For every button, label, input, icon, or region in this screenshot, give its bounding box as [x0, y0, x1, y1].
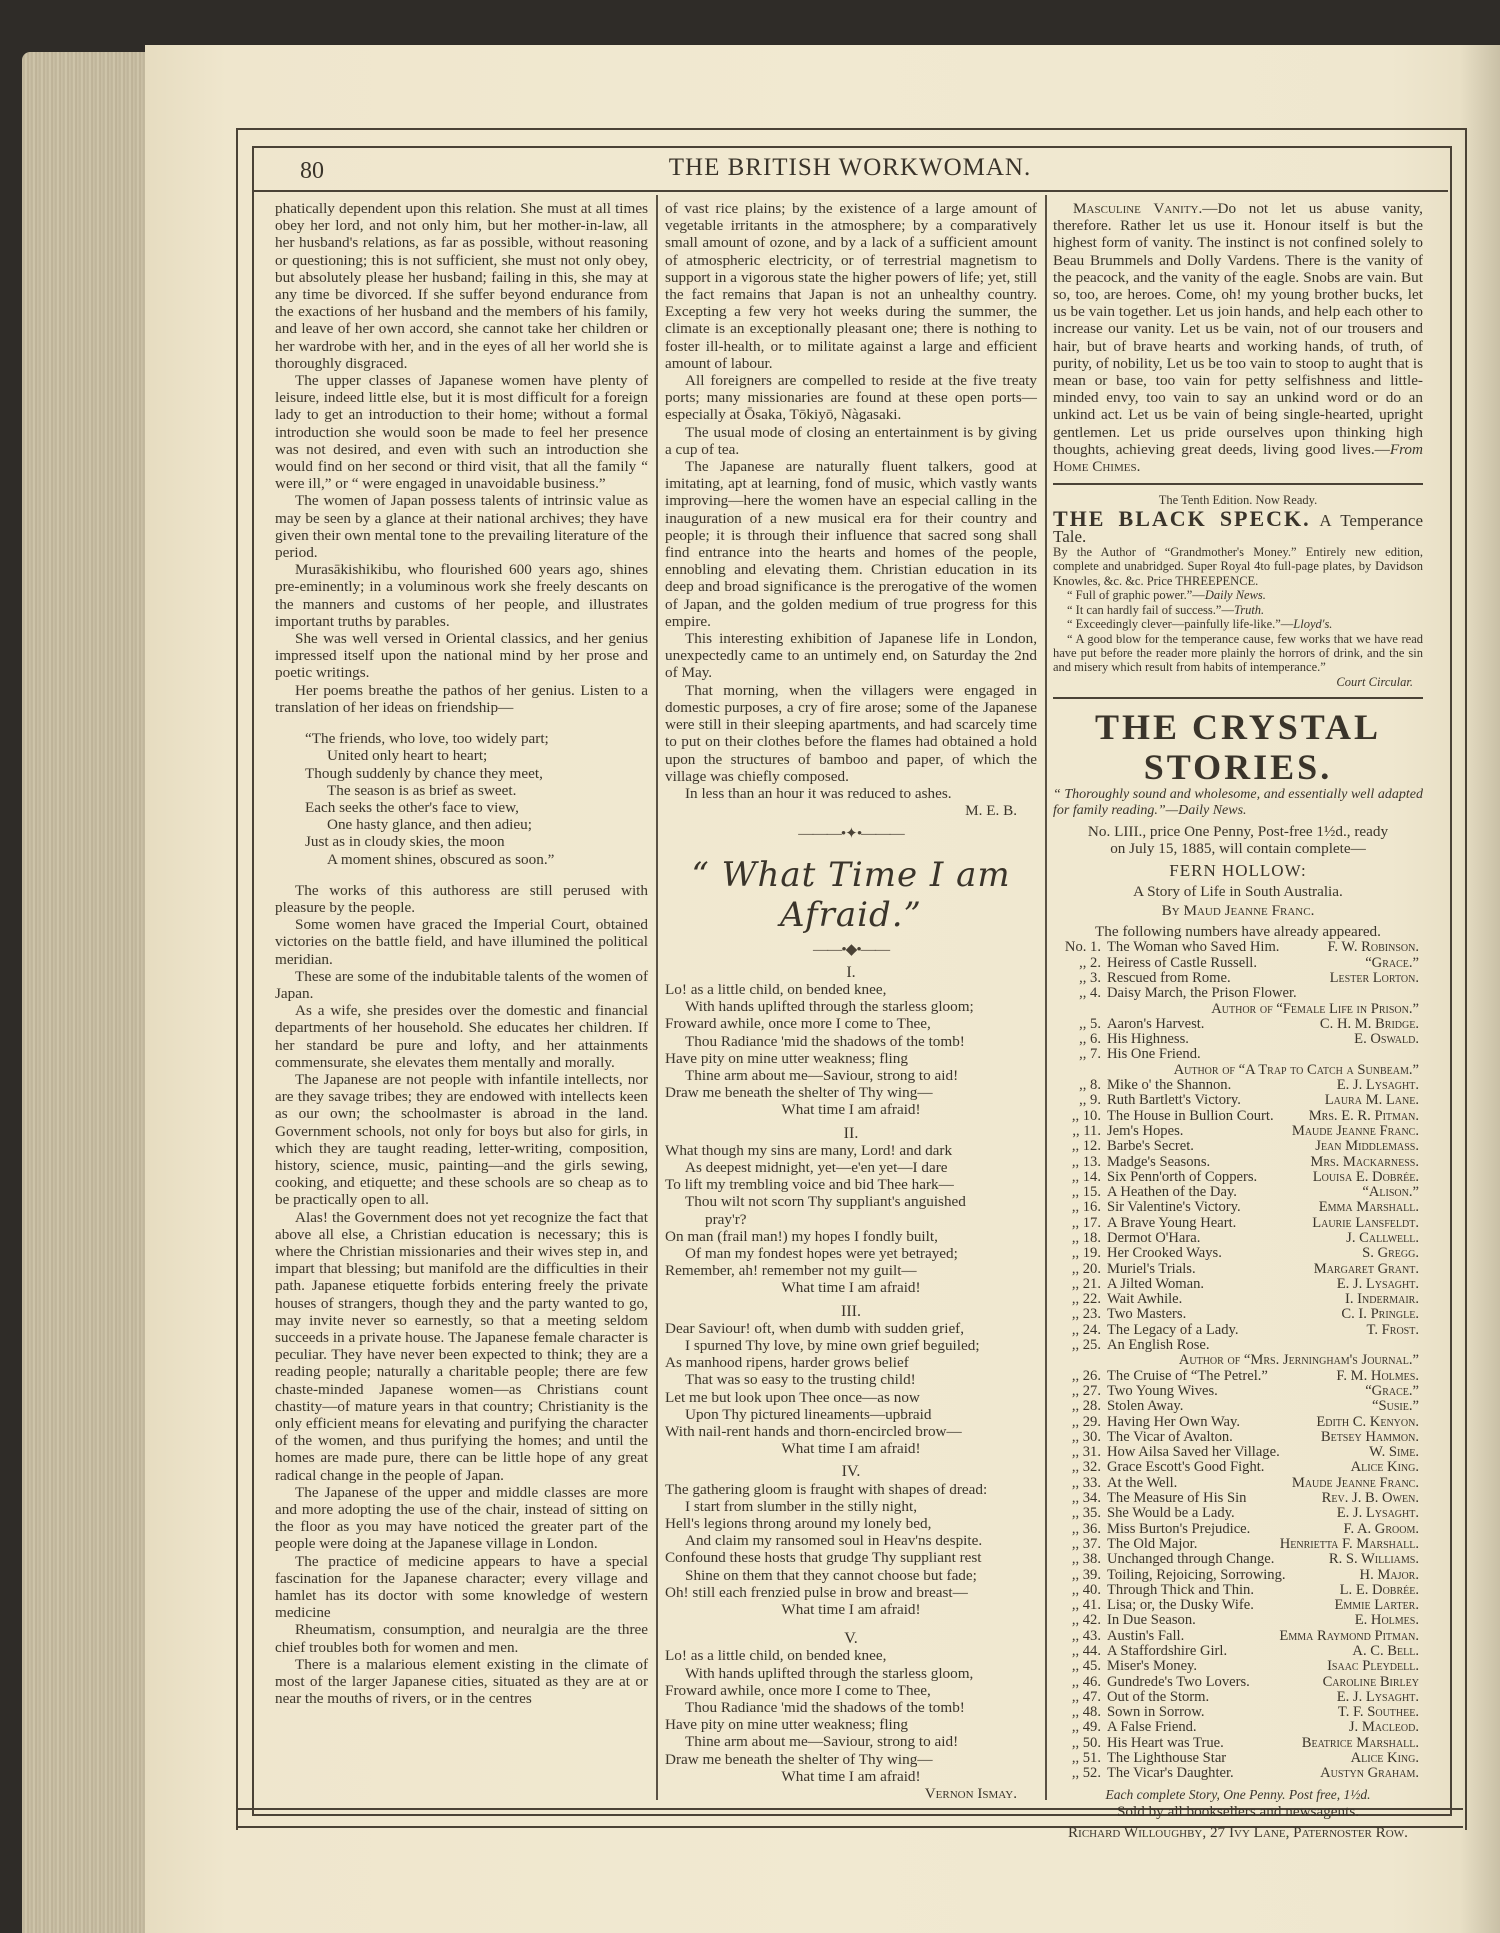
story-number: ,, 52.: [1053, 1766, 1107, 1781]
column-2: of vast rice plains; by the existence of…: [665, 200, 1037, 1802]
poem-line: Each seeks the other's face to view,: [305, 799, 648, 816]
article-heading: Masculine Vanity.: [1073, 200, 1202, 217]
poem-line: Thou Radiance 'mid the shadows of the to…: [665, 1699, 1037, 1716]
paragraph: In less than an hour it was reduced to a…: [665, 785, 1037, 802]
story-author: C. H. M. Bridge.: [1320, 1017, 1423, 1032]
story-list-item: ,, 23.Two Masters.C. I. Pringle.: [1053, 1307, 1423, 1322]
poem-line: As manhood ripens, harder grows belief: [665, 1354, 1037, 1371]
story-list-item: ,, 39.Toiling, Rejoicing, Sorrowing.H. M…: [1053, 1568, 1423, 1583]
story-title: Stolen Away.: [1107, 1399, 1372, 1414]
story-title: Sir Valentine's Victory.: [1107, 1200, 1319, 1215]
feature-subtitle: A Story of Life in South Australia.: [1053, 883, 1423, 900]
story-author: Beatrice Marshall.: [1302, 1736, 1423, 1751]
story-number: ,, 22.: [1053, 1292, 1107, 1307]
paragraph: phatically dependent upon this relation.…: [275, 200, 648, 372]
story-author: “Alison.”: [1362, 1185, 1423, 1200]
story-number: ,, 11.: [1053, 1124, 1107, 1139]
story-author: Mrs. Mackarness.: [1310, 1155, 1423, 1170]
ad-title: THE BLACK SPECK.: [1053, 506, 1311, 531]
story-number: ,, 7.: [1053, 1047, 1107, 1062]
story-number: ,, 2.: [1053, 956, 1107, 971]
story-title: Barbe's Secret.: [1107, 1139, 1315, 1154]
story-list-item: ,, 8.Mike o' the Shannon.E. J. Lysaght.: [1053, 1078, 1423, 1093]
story-list-item: ,, 28.Stolen Away.“Susie.”: [1053, 1399, 1423, 1414]
section-rule: [1053, 483, 1423, 485]
paragraph: All foreigners are compelled to reside a…: [665, 372, 1037, 424]
story-number: ,, 41.: [1053, 1598, 1107, 1613]
story-list-item: ,, 26.The Cruise of “The Petrel.”F. M. H…: [1053, 1369, 1423, 1384]
masculine-vanity-article: Masculine Vanity.—Do not let us abuse va…: [1053, 200, 1423, 475]
list-intro: The following numbers have already appea…: [1053, 923, 1423, 940]
story-title: Gundrede's Two Lovers.: [1107, 1675, 1323, 1690]
stanza-number: V.: [665, 1630, 1037, 1647]
story-list-item: ,, 37.The Old Major.Henrietta F. Marshal…: [1053, 1537, 1423, 1552]
story-title: Lisa; or, the Dusky Wife.: [1107, 1598, 1334, 1613]
story-title: A Heathen of the Day.: [1107, 1185, 1362, 1200]
story-number: ,, 40.: [1053, 1583, 1107, 1598]
story-number: ,, 8.: [1053, 1078, 1107, 1093]
poem-title-line: “ What Time I am: [665, 855, 1037, 895]
story-list-item: ,, 20.Muriel's Trials.Margaret Grant.: [1053, 1262, 1423, 1277]
poem-line: Shine on them that they cannot choose bu…: [665, 1567, 1037, 1584]
story-number: ,, 47.: [1053, 1690, 1107, 1705]
paragraph: As a wife, she presides over the domesti…: [275, 1002, 648, 1071]
story-number: ,, 39.: [1053, 1568, 1107, 1583]
feature-author: By Maud Jeanne Franc.: [1053, 902, 1423, 919]
story-number: ,, 26.: [1053, 1369, 1107, 1384]
ad-review-source: Court Circular.: [1053, 675, 1423, 689]
story-list-item: No. 1.The Woman who Saved Him.F. W. Robi…: [1053, 940, 1423, 955]
publisher-address: Richard Willoughby, 27 Ivy Lane, Paterno…: [1053, 1824, 1423, 1841]
story-title: Jem's Hopes.: [1107, 1124, 1292, 1139]
story-list-item: ,, 15.A Heathen of the Day.“Alison.”: [1053, 1185, 1423, 1200]
story-number: ,, 15.: [1053, 1185, 1107, 1200]
story-title: Through Thick and Thin.: [1107, 1583, 1340, 1598]
story-list-item: ,, 16.Sir Valentine's Victory.Emma Marsh…: [1053, 1200, 1423, 1215]
column-divider: [656, 195, 658, 1800]
story-list-item: ,, 51.The Lighthouse StarAlice King.: [1053, 1751, 1423, 1766]
story-number: No. 1.: [1053, 940, 1107, 955]
story-author: T. Frost.: [1367, 1323, 1423, 1338]
poem-line: Confound these hosts that grudge Thy sup…: [665, 1549, 1037, 1566]
ad-title: THE CRYSTAL STORIES.: [1053, 707, 1423, 787]
poem-line: Upon Thy pictured lineaments—upbraid: [665, 1406, 1037, 1423]
story-list-item: ,, 4.Daisy March, the Prison Flower.: [1053, 986, 1423, 1001]
story-number: ,, 35.: [1053, 1506, 1107, 1521]
story-title: A Brave Young Heart.: [1107, 1216, 1312, 1231]
poem-line: Lo! as a little child, on bended knee,: [665, 981, 1037, 998]
story-list-item: ,, 25.An English Rose.: [1053, 1338, 1423, 1353]
story-number: ,, 32.: [1053, 1460, 1107, 1475]
crystal-stories-advertisement: THE CRYSTAL STORIES. “ Thoroughly sound …: [1053, 707, 1423, 1841]
poem-line: A moment shines, obscured as soon.”: [305, 851, 648, 868]
story-title: A Jilted Woman.: [1107, 1277, 1337, 1292]
story-list-item: ,, 47.Out of the Storm.E. J. Lysaght.: [1053, 1690, 1423, 1705]
story-title: A Staffordshire Girl.: [1107, 1644, 1352, 1659]
paragraph: The works of this authoress are still pe…: [275, 882, 648, 916]
story-title: Six Penn'orth of Coppers.: [1107, 1170, 1313, 1185]
story-list-item: ,, 35.She Would be a Lady.E. J. Lysaght.: [1053, 1506, 1423, 1521]
story-author: Alice King.: [1351, 1460, 1423, 1475]
poem-refrain: What time I am afraid!: [665, 1601, 1037, 1618]
story-title: Out of the Storm.: [1107, 1690, 1337, 1705]
story-author: “Grace.”: [1365, 956, 1423, 971]
story-number: ,, 50.: [1053, 1736, 1107, 1751]
story-list-item: ,, 18.Dermot O'Hara.J. Callwell.: [1053, 1231, 1423, 1246]
story-title: The Measure of His Sin: [1107, 1491, 1322, 1506]
story-number: ,, 19.: [1053, 1246, 1107, 1261]
ad-review: “ A good blow for the temperance cause, …: [1053, 632, 1423, 675]
friendship-poem: “The friends, who love, too widely part;…: [305, 730, 648, 868]
story-author: Jean Middlemass.: [1315, 1139, 1423, 1154]
story-title: Her Crooked Ways.: [1107, 1246, 1362, 1261]
poem-line: With nail-rent hands and thorn-encircled…: [665, 1423, 1037, 1440]
column-divider: [1045, 195, 1047, 1800]
story-title: His One Friend.: [1107, 1047, 1419, 1062]
poem-line: That was so easy to the trusting child!: [665, 1371, 1037, 1388]
poem-refrain: What time I am afraid!: [665, 1279, 1037, 1296]
poem-stanza: V. Lo! as a little child, on bended knee…: [665, 1630, 1037, 1785]
story-list-item: ,, 9.Ruth Bartlett's Victory.Laura M. La…: [1053, 1093, 1423, 1108]
story-list-item: ,, 10.The House in Bullion Court.Mrs. E.…: [1053, 1109, 1423, 1124]
article-body: —Do not let us abuse vanity, therefore. …: [1053, 200, 1423, 458]
ad-description: By the Author of “Grandmother's Money.” …: [1053, 545, 1423, 588]
story-list-item: ,, 41.Lisa; or, the Dusky Wife.Emmie Lar…: [1053, 1598, 1423, 1613]
story-number: ,, 16.: [1053, 1200, 1107, 1215]
story-title: Unchanged through Change.: [1107, 1552, 1329, 1567]
story-number: ,, 36.: [1053, 1522, 1107, 1537]
ad-title-line: THE BLACK SPECK. A Temperance Tale.: [1053, 508, 1423, 545]
poem-line: The season is as brief as sweet.: [305, 782, 648, 799]
story-number: ,, 9.: [1053, 1093, 1107, 1108]
story-author: E. J. Lysaght.: [1337, 1078, 1423, 1093]
story-list-item: ,, 11.Jem's Hopes.Maude Jeanne Franc.: [1053, 1124, 1423, 1139]
story-author: Laurie Lansfeldt.: [1312, 1216, 1423, 1231]
story-title: Heiress of Castle Russell.: [1107, 956, 1365, 971]
paragraph: These are some of the indubitable talent…: [275, 968, 648, 1002]
story-author: [1419, 1047, 1423, 1062]
issue-line: No. LIII., price One Penny, Post-free 1½…: [1053, 823, 1423, 840]
story-author: Maude Jeanne Franc.: [1292, 1124, 1423, 1139]
story-title: Daisy March, the Prison Flower.: [1107, 986, 1419, 1001]
story-author: L. E. Dobrée.: [1340, 1583, 1423, 1598]
paragraph: The Japanese of the upper and middle cla…: [275, 1484, 648, 1553]
story-number: ,, 6.: [1053, 1032, 1107, 1047]
story-title: Miss Burton's Prejudice.: [1107, 1522, 1344, 1537]
sold-by: Sold by all booksellers and newsagents.: [1053, 1803, 1423, 1820]
story-list-item: ,, 45.Miser's Money.Isaac Pleydell.: [1053, 1659, 1423, 1674]
story-number: ,, 37.: [1053, 1537, 1107, 1552]
story-author: E. J. Lysaght.: [1337, 1506, 1423, 1521]
poem-line: Let me but look upon Thee once—as now: [665, 1389, 1037, 1406]
story-number: ,, 46.: [1053, 1675, 1107, 1690]
poem-line: Thine arm about me—Saviour, strong to ai…: [665, 1733, 1037, 1750]
story-list-item: ,, 13.Madge's Seasons.Mrs. Mackarness.: [1053, 1155, 1423, 1170]
story-author: A. C. Bell.: [1352, 1644, 1423, 1659]
story-number: ,, 12.: [1053, 1139, 1107, 1154]
story-list-item: ,, 36.Miss Burton's Prejudice.F. A. Groo…: [1053, 1522, 1423, 1537]
story-title: At the Well.: [1107, 1476, 1292, 1491]
book-page-edges: [22, 52, 147, 1933]
story-number: ,, 43.: [1053, 1629, 1107, 1644]
story-title: Madge's Seasons.: [1107, 1155, 1310, 1170]
story-list-item: ,, 34.The Measure of His SinRev. J. B. O…: [1053, 1491, 1423, 1506]
poem-line: What though my sins are many, Lord! and …: [665, 1142, 1037, 1159]
story-number: ,, 42.: [1053, 1613, 1107, 1628]
story-number: ,, 30.: [1053, 1430, 1107, 1445]
story-number: ,, 20.: [1053, 1262, 1107, 1277]
story-number: ,, 29.: [1053, 1415, 1107, 1430]
poem-refrain: What time I am afraid!: [665, 1101, 1037, 1118]
story-author: Edith C. Kenyon.: [1316, 1415, 1423, 1430]
poem-line: As deepest midnight, yet—e'en yet—I dare: [665, 1159, 1037, 1176]
story-number: ,, 34.: [1053, 1491, 1107, 1506]
story-author: Louisa E. Dobrée.: [1313, 1170, 1423, 1185]
story-list-item: ,, 12.Barbe's Secret.Jean Middlemass.: [1053, 1139, 1423, 1154]
story-author: Mrs. E. R. Pitman.: [1309, 1109, 1423, 1124]
story-list-item: ,, 5.Aaron's Harvest.C. H. M. Bridge.: [1053, 1017, 1423, 1032]
poem-line: Have pity on mine utter weakness; fling: [665, 1050, 1037, 1067]
poem-line: With hands uplifted through the starless…: [665, 998, 1037, 1015]
story-number: ,, 3.: [1053, 971, 1107, 986]
poem-stanza: I. Lo! as a little child, on bended knee…: [665, 964, 1037, 1119]
stanza-number: I.: [665, 964, 1037, 981]
story-title: The Old Major.: [1107, 1537, 1280, 1552]
poem-line: United only heart to heart;: [305, 747, 648, 764]
paragraph: The women of Japan possess talents of in…: [275, 492, 648, 561]
feature-title: FERN HOLLOW:: [1053, 862, 1423, 879]
story-list-item: ,, 42.In Due Season.E. Holmes.: [1053, 1613, 1423, 1628]
story-number: ,, 14.: [1053, 1170, 1107, 1185]
story-list: No. 1.The Woman who Saved Him.F. W. Robi…: [1053, 940, 1423, 1781]
story-list-item: ,, 17.A Brave Young Heart.Laurie Lansfel…: [1053, 1216, 1423, 1231]
story-author: S. Gregg.: [1362, 1246, 1423, 1261]
story-title: Muriel's Trials.: [1107, 1262, 1314, 1277]
story-list-item: ,, 33.At the Well.Maude Jeanne Franc.: [1053, 1476, 1423, 1491]
story-list-item: ,, 48.Sown in Sorrow.T. F. Southee.: [1053, 1705, 1423, 1720]
story-author: E. J. Lysaght.: [1337, 1277, 1423, 1292]
story-author: Austyn Graham.: [1320, 1766, 1423, 1781]
story-title: Aaron's Harvest.: [1107, 1017, 1320, 1032]
story-list-item: ,, 50.His Heart was True.Beatrice Marsha…: [1053, 1736, 1423, 1751]
story-list-item: ,, 46.Gundrede's Two Lovers.Caroline Bir…: [1053, 1675, 1423, 1690]
poem-line: Froward awhile, once more I come to Thee…: [665, 1682, 1037, 1699]
column-3: Masculine Vanity.—Do not let us abuse va…: [1053, 200, 1423, 1841]
story-title: Two Young Wives.: [1107, 1384, 1365, 1399]
story-author: F. M. Holmes.: [1336, 1369, 1423, 1384]
poem-line: And claim my ransomed soul in Heav'ns de…: [665, 1532, 1037, 1549]
story-number: ,, 51.: [1053, 1751, 1107, 1766]
poem-author: Vernon Ismay.: [665, 1785, 1037, 1802]
story-title: The House in Bullion Court.: [1107, 1109, 1309, 1124]
story-number: ,, 28.: [1053, 1399, 1107, 1414]
paragraph: This interesting exhibition of Japanese …: [665, 630, 1037, 682]
divider-ornament: ——•◆•——: [665, 941, 1037, 958]
paragraph: The Japanese are not people with infanti…: [275, 1071, 648, 1209]
poem-line: Oh! still each frenzied pulse in brow an…: [665, 1584, 1037, 1601]
story-author: Caroline Birley: [1323, 1675, 1423, 1690]
price-note: Each complete Story, One Penny. Post fre…: [1053, 1786, 1423, 1803]
paragraph: Some women have graced the Imperial Cour…: [275, 916, 648, 968]
story-author: “Grace.”: [1365, 1384, 1423, 1399]
story-list-item: ,, 2.Heiress of Castle Russell.“Grace.”: [1053, 956, 1423, 971]
story-list-item: ,, 32.Grace Escott's Good Fight.Alice Ki…: [1053, 1460, 1423, 1475]
stanza-number: III.: [665, 1303, 1037, 1320]
poem-line: Thou wilt not scorn Thy suppliant's angu…: [665, 1193, 1037, 1210]
story-author-note: Author of “Female Life in Prison.”: [1053, 1002, 1423, 1017]
story-author: Margaret Grant.: [1314, 1262, 1423, 1277]
story-author: Laura M. Lane.: [1325, 1093, 1423, 1108]
article-signature: M. E. B.: [665, 802, 1037, 819]
ad-review: “ It can hardly fail of success.”—Truth.: [1053, 603, 1423, 617]
poem-line: Though suddenly by chance they meet,: [305, 765, 648, 782]
story-list-item: ,, 29.Having Her Own Way.Edith C. Kenyon…: [1053, 1415, 1423, 1430]
story-author: C. I. Pringle.: [1341, 1307, 1423, 1322]
poem-line: Draw me beneath the shelter of Thy wing—: [665, 1084, 1037, 1101]
story-list-item: ,, 14.Six Penn'orth of Coppers.Louisa E.…: [1053, 1170, 1423, 1185]
story-list-item: ,, 6.His Highness.E. Oswald.: [1053, 1032, 1423, 1047]
poem-line: I spurned Thy love, by mine own grief be…: [665, 1337, 1037, 1354]
story-author: Lester Lorton.: [1330, 971, 1423, 986]
story-list-item: ,, 44.A Staffordshire Girl.A. C. Bell.: [1053, 1644, 1423, 1659]
story-number: ,, 17.: [1053, 1216, 1107, 1231]
story-list-item: ,, 3.Rescued from Rome.Lester Lorton.: [1053, 971, 1423, 986]
story-number: ,, 13.: [1053, 1155, 1107, 1170]
poem-line: I start from slumber in the stilly night…: [665, 1498, 1037, 1515]
story-list-item: ,, 31.How Ailsa Saved her Village.W. Sim…: [1053, 1445, 1423, 1460]
story-list-item: ,, 30.The Vicar of Avalton.Betsey Hammon…: [1053, 1430, 1423, 1445]
paragraph: Rheumatism, consumption, and neuralgia a…: [275, 1621, 648, 1655]
poem-line: Have pity on mine utter weakness; fling: [665, 1716, 1037, 1733]
story-author: E. Holmes.: [1355, 1613, 1423, 1628]
story-title: Wait Awhile.: [1107, 1292, 1345, 1307]
stanza-number: IV.: [665, 1463, 1037, 1480]
story-number: ,, 27.: [1053, 1384, 1107, 1399]
story-title: His Highness.: [1107, 1032, 1354, 1047]
article-source: Home Chimes.: [1053, 458, 1140, 475]
story-author: Emma Marshall.: [1319, 1200, 1423, 1215]
story-title: His Heart was True.: [1107, 1736, 1302, 1751]
paragraph: The Japanese are naturally fluent talker…: [665, 458, 1037, 630]
poem-line: pray'r?: [665, 1211, 1037, 1228]
poem-line: Lo! as a little child, on bended knee,: [665, 1647, 1037, 1664]
story-number: ,, 25.: [1053, 1338, 1107, 1353]
story-list-item: ,, 19.Her Crooked Ways.S. Gregg.: [1053, 1246, 1423, 1261]
story-title: The Woman who Saved Him.: [1107, 940, 1327, 955]
story-title: How Ailsa Saved her Village.: [1107, 1445, 1369, 1460]
issue-line: on July 15, 1885, will contain complete—: [1053, 840, 1423, 857]
story-title: Dermot O'Hara.: [1107, 1231, 1346, 1246]
story-title: In Due Season.: [1107, 1613, 1355, 1628]
source-prefix: From: [1390, 441, 1423, 458]
story-title: An English Rose.: [1107, 1338, 1419, 1353]
paragraph: There is a malarious element existing in…: [275, 1656, 648, 1708]
story-list-item: ,, 49.A False Friend.J. Macleod.: [1053, 1720, 1423, 1735]
ad-review: “ Full of graphic power.”—Daily News.: [1053, 588, 1423, 602]
story-number: ,, 18.: [1053, 1231, 1107, 1246]
story-number: ,, 33.: [1053, 1476, 1107, 1491]
column-1: phatically dependent upon this relation.…: [275, 200, 648, 1707]
paragraph: She was well versed in Oriental classics…: [275, 630, 648, 682]
story-number: ,, 4.: [1053, 986, 1107, 1001]
story-title: The Lighthouse Star: [1107, 1751, 1351, 1766]
paragraph: Murasākishikibu, who flourished 600 year…: [275, 561, 648, 630]
story-author: F. A. Groom.: [1344, 1522, 1423, 1537]
story-title: The Cruise of “The Petrel.”: [1107, 1369, 1336, 1384]
poem-line: Remember, ah! remember not my guilt—: [665, 1262, 1037, 1279]
paragraph: The practice of medicine appears to have…: [275, 1553, 648, 1622]
story-author: Betsey Hammon.: [1321, 1430, 1423, 1445]
poem-refrain: What time I am afraid!: [665, 1440, 1037, 1457]
paragraph: The upper classes of Japanese women have…: [275, 372, 648, 492]
story-number: ,, 23.: [1053, 1307, 1107, 1322]
story-author: Alice King.: [1351, 1751, 1423, 1766]
story-author: W. Sime.: [1369, 1445, 1423, 1460]
paragraph: of vast rice plains; by the existence of…: [665, 200, 1037, 372]
story-author: J. Callwell.: [1346, 1231, 1423, 1246]
story-number: ,, 10.: [1053, 1109, 1107, 1124]
page-header: 80 THE BRITISH WORKWOMAN.: [252, 150, 1448, 192]
ad-price: Price THREEPENCE.: [1147, 574, 1259, 588]
poem-title-line: Afraid.”: [665, 895, 1037, 935]
poem-line: Dear Saviour! oft, when dumb with sudden…: [665, 1320, 1037, 1337]
story-author: Henrietta F. Marshall.: [1280, 1537, 1423, 1552]
story-author: [1419, 1338, 1423, 1353]
story-title: Austin's Fall.: [1107, 1629, 1279, 1644]
story-number: ,, 31.: [1053, 1445, 1107, 1460]
story-number: ,, 45.: [1053, 1659, 1107, 1674]
story-title: She Would be a Lady.: [1107, 1506, 1337, 1521]
running-title: THE BRITISH WORKWOMAN.: [252, 154, 1448, 182]
story-author: “Susie.”: [1372, 1399, 1423, 1414]
poem-line: The gathering gloom is fraught with shap…: [665, 1481, 1037, 1498]
story-author: E. Oswald.: [1354, 1032, 1423, 1047]
poem-line: Thou Radiance 'mid the shadows of the to…: [665, 1033, 1037, 1050]
story-author: H. Major.: [1360, 1568, 1423, 1583]
paragraph: That morning, when the villagers were en…: [665, 682, 1037, 785]
story-author: E. J. Lysaght.: [1337, 1690, 1423, 1705]
story-list-item: ,, 38.Unchanged through Change.R. S. Wil…: [1053, 1552, 1423, 1567]
story-list-item: ,, 43.Austin's Fall.Emma Raymond Pitman.: [1053, 1629, 1423, 1644]
story-number: ,, 44.: [1053, 1644, 1107, 1659]
section-rule: [1053, 697, 1423, 699]
story-author: [1419, 986, 1423, 1001]
story-number: ,, 49.: [1053, 1720, 1107, 1735]
ad-quote: “ Thoroughly sound and wholesome, and es…: [1053, 787, 1423, 819]
poem-line: With hands uplifted through the starless…: [665, 1665, 1037, 1682]
poem-line: Thine arm about me—Saviour, strong to ai…: [665, 1067, 1037, 1084]
stanza-number: II.: [665, 1125, 1037, 1142]
poem-stanza: IV. The gathering gloom is fraught with …: [665, 1463, 1037, 1618]
story-list-item: ,, 22.Wait Awhile.I. Indermair.: [1053, 1292, 1423, 1307]
story-author: Maude Jeanne Franc.: [1292, 1476, 1423, 1491]
story-number: ,, 24.: [1053, 1323, 1107, 1338]
story-title: Toiling, Rejoicing, Sorrowing.: [1107, 1568, 1360, 1583]
poem-stanza: II. What though my sins are many, Lord! …: [665, 1125, 1037, 1297]
story-author: J. Macleod.: [1349, 1720, 1423, 1735]
black-speck-advertisement: The Tenth Edition. Now Ready. THE BLACK …: [1053, 493, 1423, 689]
ad-review: “ Exceedingly clever—painfully life-like…: [1053, 617, 1423, 631]
story-author: Rev. J. B. Owen.: [1322, 1491, 1423, 1506]
poem-title: “ What Time I am Afraid.”: [665, 855, 1037, 935]
poem-line: Of man my fondest hopes were yet betraye…: [665, 1245, 1037, 1262]
story-title: The Vicar's Daughter.: [1107, 1766, 1320, 1781]
story-title: Rescued from Rome.: [1107, 971, 1330, 986]
story-title: Grace Escott's Good Fight.: [1107, 1460, 1351, 1475]
poem-line: Just as in cloudy skies, the moon: [305, 833, 648, 850]
story-title: The Legacy of a Lady.: [1107, 1323, 1367, 1338]
story-number: ,, 48.: [1053, 1705, 1107, 1720]
